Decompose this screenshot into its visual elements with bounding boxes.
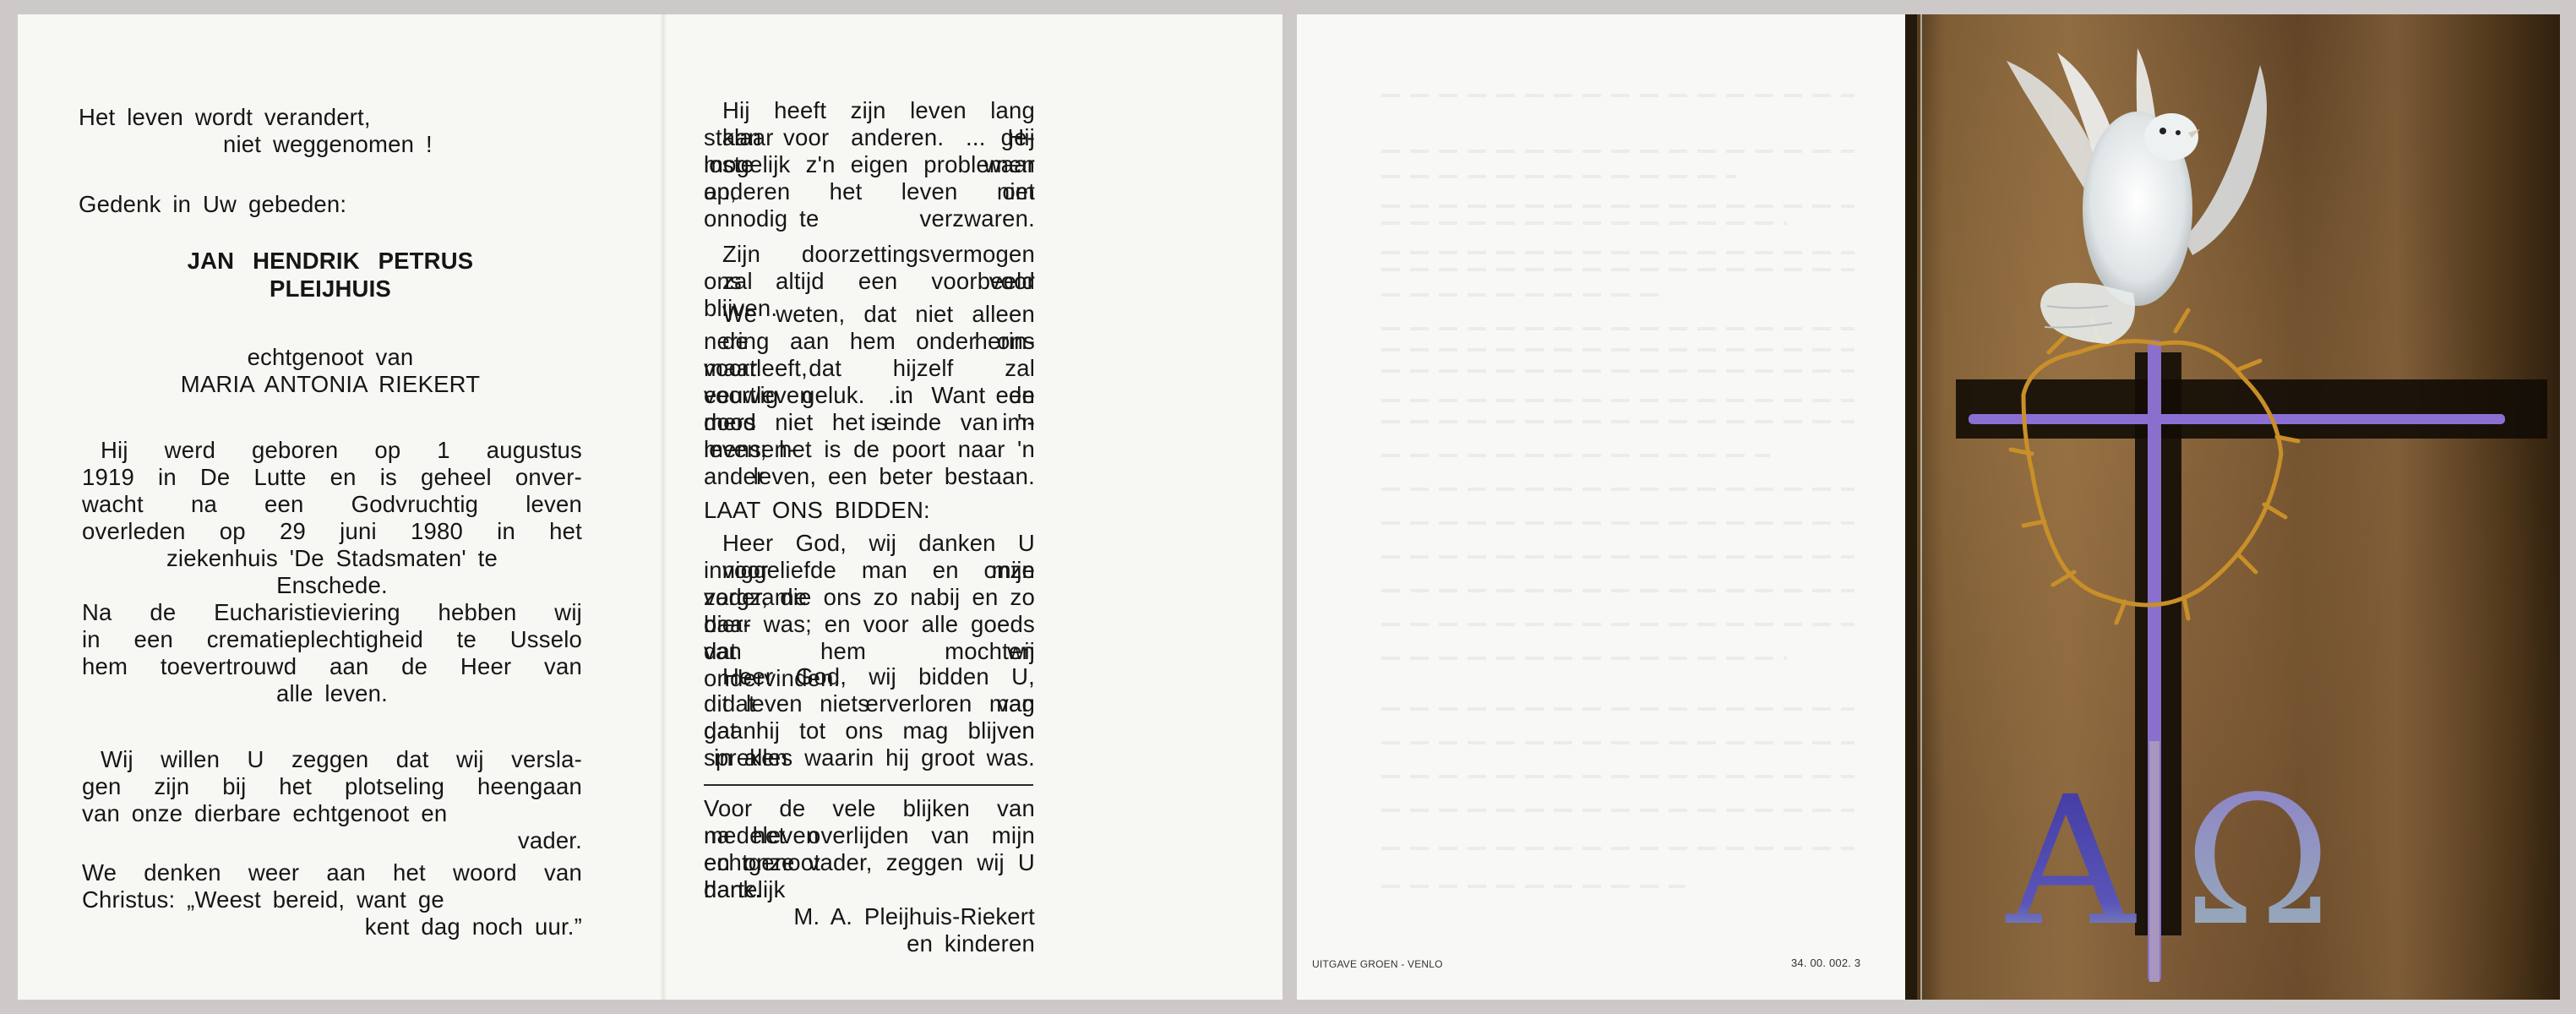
show-through-text [1381,488,1854,491]
text-line: mogelijk z'n eigen problemen op, om [704,151,1035,178]
cover-illustration: A Ω [1905,14,2560,1000]
text-line: staan voor anderen. ... Hij loste waar [704,124,1035,151]
show-through-text [1381,657,1787,660]
show-through-text [1381,847,1854,850]
text-line: Wij willen U zeggen dat wij versla- [82,746,582,773]
deceased-name-line-1: JAN HENDRIK PETRUS [18,248,643,275]
show-through-text [1381,809,1854,812]
text-line: Heer God, wij danken U voor mijn [704,530,1035,557]
show-through-text [1381,221,1787,225]
signature-line-1: M. A. Pleijhuis-Riekert [704,903,1035,930]
text-line: Enschede. [82,572,582,599]
show-through-text [1381,175,1736,178]
text-line: vader, die ons zo nabij en zo dier- [704,584,1035,611]
text-line: baar was; en voor alle goeds dat wij [704,611,1035,638]
catalog-number: 34. 00. 002. 3 [1791,957,1860,969]
text-line: gen zijn bij het plotseling heengaan [82,773,582,800]
svg-text:A: A [2005,758,2137,965]
dove-cross-illustration: A Ω [1905,14,2560,1000]
show-through-text [1381,327,1854,330]
memorial-card-outside: UITGAVE GROEN - VENLO 34. 00. 002. 3 [1297,14,2560,1000]
text-line: na het overlijden van mijn echtgenoot [704,822,1035,849]
text-line: We weten, dat niet alleen de herin- [704,301,1035,328]
thanks-text: Voor de vele blijken van medelevenna het… [704,795,1035,903]
show-through-text [1381,94,1854,97]
show-through-text [1381,150,1854,153]
show-through-text [1381,555,1854,559]
signature-line-2: en kinderen [704,930,1035,957]
show-through-text [1381,293,1669,297]
text-line: in alles waarin hij groot was. [704,744,1035,771]
publisher-imprint: UITGAVE GROEN - VENLO [1312,958,1443,970]
tribute-paragraph-3: We weten, dat niet alleen de herin-nerin… [704,301,1035,490]
dove-icon [2007,48,2267,344]
tribute-paragraph-1: Hij heeft zijn leven lang klaar ge-staan… [704,97,1035,232]
biography-text: Hij werd geboren op 1 augustus1919 in De… [82,437,582,707]
text-line: anderen het leven niet onnodig te [704,178,1035,205]
text-line: van onze dierbare echtgenoot en [82,800,582,827]
text-line: leven; het is de poort naar 'n ander [704,436,1035,463]
text-line: hem toevertrouwd aan de Heer van [82,653,582,680]
text-line: Zijn doorzettingsvermogen zal voor [704,241,1035,268]
left-page: Het leven wordt verandert, niet weggenom… [18,14,663,1000]
text-line: ziekenhuis 'De Stadsmaten' te [82,545,582,572]
motto-line-2: niet weggenomen ! [223,131,433,158]
text-line: 1919 in De Lutte en is geheel onver- [82,464,582,491]
show-through-text [1381,707,1854,711]
show-through-text [1381,623,1854,626]
show-through-text [1381,348,1854,352]
text-line: vader. [82,827,582,854]
show-through-text [1381,589,1854,592]
prayer-heading: LAAT ONS BIDDEN: [704,497,930,524]
text-line: en onze vader, zeggen wij U hartelijk [704,849,1035,876]
text-line: Christus: „Weest bereid, want ge [82,886,582,913]
show-through-text [1381,204,1854,208]
deceased-name-line-2: PLEIJHUIS [18,275,643,303]
text-line: dit leven niets verloren mag gaan en [704,690,1035,717]
prayer-paragraph-1: Heer God, wij danken U voor mijninniggel… [704,530,1035,665]
show-through-text [1381,369,1854,373]
svg-text:Ω: Ω [2184,758,2331,965]
show-through-text [1381,454,1770,457]
text-line: in een crematieplechtigheid te Usselo [82,626,582,653]
show-through-text [1381,741,1854,744]
scripture-quote: We denken weer aan het woord vanChristus… [82,859,582,940]
show-through-text [1381,399,1854,402]
text-line: Voor de vele blijken van medeleven [704,795,1035,822]
text-line: dat hij tot ons mag blijven spreken [704,717,1035,744]
condolence-text: Wij willen U zeggen dat wij versla-gen z… [82,746,582,854]
text-line: nering aan hem onder ons voortleeft, [704,328,1035,355]
prayer-paragraph-2: Heer God, wij bidden U, dat er vandit le… [704,663,1035,771]
motto-line-1: Het leven wordt verandert, [79,104,371,131]
text-line: wacht na een Godvruchtig leven [82,491,582,518]
show-through-text [1381,420,1854,423]
text-line: van hem mochten ondervinden. [704,638,1035,665]
show-through-text [1381,268,1854,271]
text-line: Na de Eucharistieviering hebben wij [82,599,582,626]
text-line: Hij werd geboren op 1 augustus [82,437,582,464]
prayer-request: Gedenk in Uw gebeden: [79,191,346,218]
show-through-text [1381,521,1854,525]
divider-rule [704,784,1033,786]
text-line: inniggeliefde man en onze zorgzame [704,557,1035,584]
text-line: We denken weer aan het woord van [82,859,582,886]
spouse-name: MARIA ANTONIA RIEKERT [18,371,643,398]
text-line: Hij heeft zijn leven lang klaar ge- [704,97,1035,124]
text-line: dank. [704,876,1035,903]
text-line: kent dag noch uur.” [82,913,582,940]
right-page: Hij heeft zijn leven lang klaar ge-staan… [663,14,1283,1000]
back-page: UITGAVE GROEN - VENLO 34. 00. 002. 3 [1297,14,1905,1000]
text-line: Heer God, wij bidden U, dat er van [704,663,1035,690]
text-line: overleden op 29 juni 1980 in het [82,518,582,545]
show-through-text [1381,885,1686,888]
text-line: leven, een beter bestaan. [704,463,1035,490]
spouse-label: echtgenoot van [18,344,643,371]
show-through-text [1381,251,1854,254]
text-line: maar dat hijzelf zal voortleven in een [704,355,1035,382]
show-through-text [1381,775,1854,778]
text-line: mers niet het einde van 'n mensen- [704,409,1035,436]
tribute-paragraph-2: Zijn doorzettingsvermogen zal voorons al… [704,241,1035,295]
text-line: ons altijd een voorbeeld blijven. [704,268,1035,295]
memorial-card-inside: Het leven wordt verandert, niet weggenom… [18,14,1283,1000]
text-line: eeuwig geluk. ... Want de dood is im- [704,382,1035,409]
text-line: alle leven. [82,680,582,707]
